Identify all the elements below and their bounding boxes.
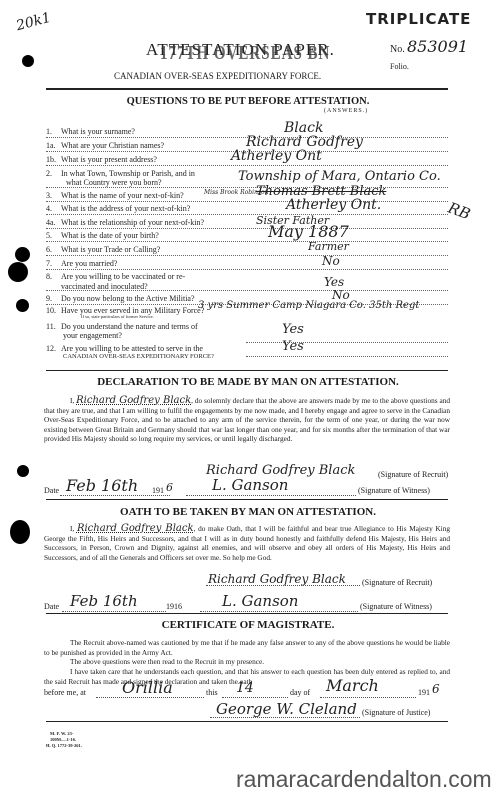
magistrate-heading: CERTIFICATE OF MAGISTRATE. [0,619,496,631]
punch-hole [22,55,34,67]
declaration-recruit-label: (Signature of Recruit) [378,470,448,479]
magistrate-month: March [326,676,379,695]
magistrate-paragraph-2: The above questions were then read to th… [44,657,450,667]
answer-trade: Farmer [308,240,349,253]
declaration-date-label: Date [44,486,59,495]
form-code-1: M. F. W. 23- [50,731,73,736]
punch-hole [10,520,30,544]
margin-initials: RB [446,199,473,224]
question-relationship: 4a. What is the relationship of your nex… [46,218,448,230]
declaration-year-suffix: 6 [166,481,173,494]
justice-signature: George W. Cleland [216,700,357,718]
declaration-year-prefix: 191 [152,486,164,495]
oath-year-value: 1916 [166,602,182,611]
question-birthplace: 2. In what Town, Township or Parish, and… [46,169,448,189]
declaration-witness-label: (Signature of Witness) [358,486,430,495]
punch-hole [16,299,29,312]
question-vaccinated: 8. Are you willing to be vaccinated or r… [46,270,448,292]
triplicate-stamp: TRIPLICATE [366,10,471,28]
folio-label: Folio. [390,62,409,71]
question-present-address: 1b. What is your present address? Atherl… [46,155,448,167]
answer-present-address: Atherley Ont [231,148,322,164]
this-label: this [206,688,218,697]
header-divider [46,88,448,90]
declaration-text: I, Richard Godfrey Black, do solemnly de… [44,396,450,444]
battalion-overstamp: 177TH OVERSEAS BN [160,43,330,65]
declaration-witness-signature: L. Ganson [212,476,288,494]
justice-label: (Signature of Justice) [362,708,430,717]
oath-recruit-signature: Richard Godfrey Black [208,572,346,586]
punch-hole [17,465,29,477]
punch-hole [8,262,28,282]
declaration-divider [46,499,448,500]
magistrate-year-suffix: 6 [432,682,440,696]
before-me-label: before me, at [44,688,86,697]
oath-date-label: Date [44,602,59,611]
day-of-label: day of [290,688,310,697]
oath-witness-label: (Signature of Witness) [360,602,432,611]
question-understand-terms: 11. Do you understand the nature and ter… [46,322,448,344]
document-subtitle: CANADIAN OVER-SEAS EXPEDITIONARY FORCE. [114,71,321,81]
oath-recruit-label: (Signature of Recruit) [362,578,432,587]
questions-heading: QUESTIONS TO BE PUT BEFORE ATTESTATION. [0,96,496,107]
magistrate-paragraph-1: The Recruit above-named was cautioned by… [44,638,450,657]
magistrate-divider [46,721,448,722]
magistrate-day: 14 [236,680,254,696]
answer-birthplace: Township of Mara, Ontario Co. [238,169,441,184]
magistrate-year-prefix: 191 [418,688,430,697]
declaration-recruit-name: Richard Godfrey Black [76,395,191,406]
question-next-of-kin-address: 4. What is the address of your next-of-k… [46,204,448,216]
question-trade: 6. What is your Trade or Calling? Farmer [46,245,448,257]
corner-note: 20k1 [15,10,53,35]
oath-heading: OATH TO BE TAKEN BY MAN ON ATTESTATION. [0,506,496,518]
answer-married: No [322,254,340,268]
number-label: No. [390,44,405,55]
regimental-number: 853091 [407,37,468,56]
answers-label: (ANSWERS.) [324,108,368,114]
declaration-heading: DECLARATION TO BE MADE BY MAN ON ATTESTA… [0,376,496,388]
oath-date-value: Feb 16th [70,592,138,610]
form-code-3: H. Q. 1772-39-261. [46,743,82,748]
question-birth-date: 5. What is the date of your birth? May 1… [46,231,448,243]
oath-recruit-name: Richard Godfrey Black [77,523,194,534]
answer-vaccinated: Yes [324,275,344,289]
answer-next-of-kin-address: Atherley Ont. [286,197,381,213]
answer-willing-to-serve: Yes [282,339,304,354]
oath-text: I, Richard Godfrey Black, do make Oath, … [44,524,450,562]
magistrate-place: Orillia [122,678,173,697]
question-next-of-kin: 3. What is the name of your next-of-kin?… [46,191,448,203]
declaration-date-value: Feb 16th [66,476,138,495]
question-willing-to-serve: 12. Are you willing to be attested to se… [46,344,448,366]
questions-divider [46,370,448,371]
question-military-service: 10. Have you ever served in any Military… [46,306,448,320]
form-code-2: 100M.—1-16. [50,737,76,742]
punch-hole [15,247,30,262]
oath-witness-signature: L. Ganson [222,592,298,610]
website-watermark: ramaracardendalton.com [236,766,492,793]
oath-divider [46,613,448,614]
answer-birth-date: May 1887 [268,222,349,241]
answer-military-service: 3 yrs Summer Camp Niagara Co. 35th Regt [198,300,419,311]
answer-understand-terms: Yes [282,322,304,337]
